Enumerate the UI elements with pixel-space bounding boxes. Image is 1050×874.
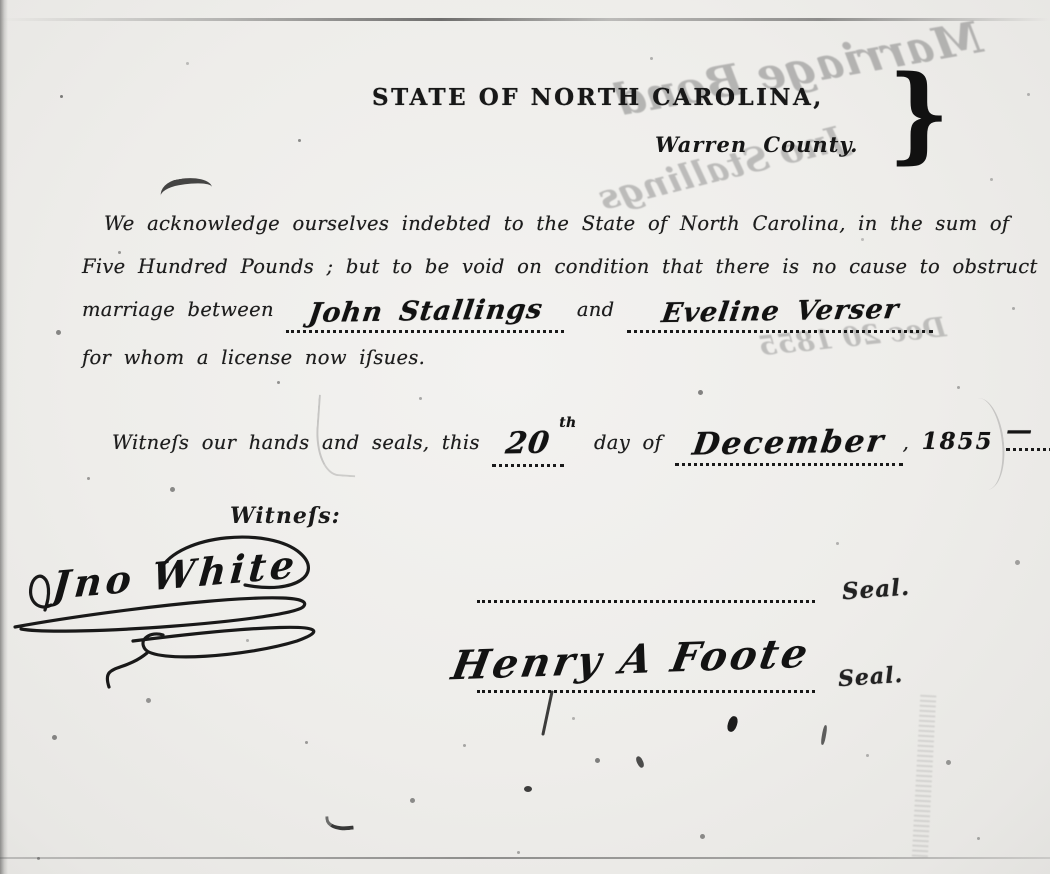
attestation-infix: day of <box>594 431 662 454</box>
top-scan-line <box>0 18 1050 21</box>
bottom-scan-line <box>0 857 1050 859</box>
seal-line-2-rule <box>477 662 815 693</box>
seal-label-1: Seal. <box>841 574 911 606</box>
faint-pencil-curve-right <box>957 396 1008 492</box>
ink-smudge-mark <box>158 174 213 205</box>
groom-name-field: John Stallings <box>286 298 564 333</box>
bond-clause-line1: We acknowledge ourselves indebted to the… <box>104 212 1009 235</box>
year-flourish-dash: — <box>1006 416 1032 446</box>
signature-descender-stroke <box>541 690 553 736</box>
marriage-bond-scan: Marriage Bond Jno Stallings Dec 20 1855 … <box>0 0 1050 874</box>
bond-clause-line3: marriage between John Stallings and Evel… <box>82 298 933 333</box>
ink-hook-mark <box>325 814 354 833</box>
ink-blot-4 <box>524 786 532 792</box>
day-value: 20 <box>504 430 552 459</box>
county-title: Warren County. <box>655 132 859 157</box>
day-field: 20 <box>492 430 564 467</box>
ink-blot-2 <box>820 725 827 745</box>
marriage-between-text: marriage between <box>82 298 274 321</box>
conjunction-text: and <box>577 298 615 321</box>
month-value: December <box>691 427 887 458</box>
seal-label-2: Seal. <box>837 662 904 692</box>
groom-name: John Stallings <box>306 296 544 328</box>
ink-speck-field <box>0 0 3 3</box>
left-edge-shadow <box>0 0 8 874</box>
day-ordinal-suffix: th <box>559 415 576 431</box>
ink-blot-3 <box>635 755 646 768</box>
month-field: December <box>675 429 903 466</box>
state-title: STATE OF NORTH CAROLINA, <box>372 84 824 111</box>
attestation-line: Witneſs our hands and seals, this 20 th … <box>112 428 1050 467</box>
brace-mark: } <box>888 62 950 166</box>
right-speckle-band <box>912 695 937 861</box>
attestation-prefix: Witneſs our hands and seals, this <box>112 431 480 454</box>
attestation-separator: , <box>903 431 910 454</box>
seal-line-1-rule <box>477 572 815 603</box>
ink-blot-1 <box>726 715 740 733</box>
bond-clause-line2: Five Hundred Pounds ; but to be void on … <box>82 255 1050 278</box>
bride-name: Eveline Verser <box>659 296 900 328</box>
bond-clause-line4: for whom a license now iſsues. <box>82 346 425 369</box>
year-trailing-rule: — <box>1006 428 1050 451</box>
bride-name-field: Eveline Verser <box>627 298 933 333</box>
